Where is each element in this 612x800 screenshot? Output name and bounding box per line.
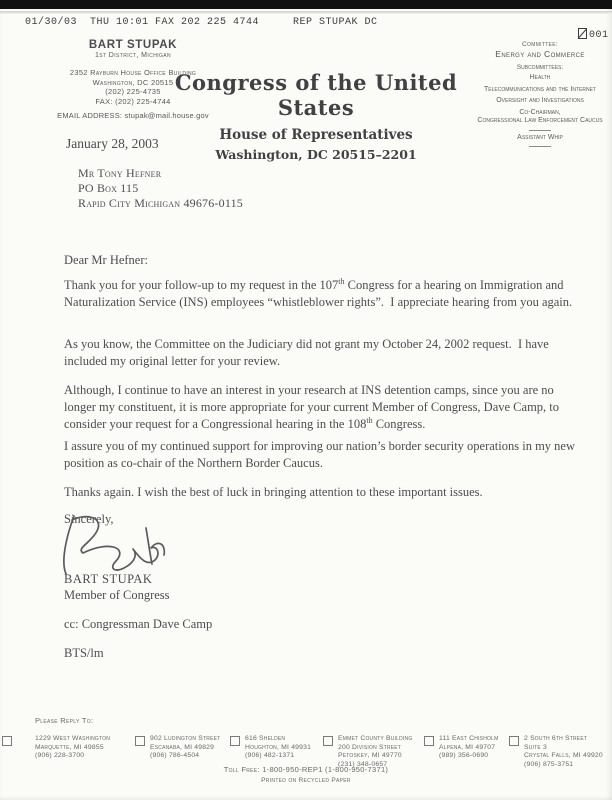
office-line: (906) 786-4504 — [150, 752, 245, 761]
fax-timestamp: 01/30/03 THU 10:01 FAX 202 225 4744 — [25, 17, 259, 28]
office-line: Petoskey, MI 49770 — [338, 752, 433, 761]
subcommittee-oversight: Oversight and Investigations — [474, 97, 606, 106]
office-line: Crystal Falls, MI 49920 — [524, 752, 612, 761]
office-line: 200 Division Street — [338, 744, 433, 753]
committee-divider — [529, 146, 551, 147]
reference-initials: BTS/lm — [64, 646, 104, 661]
letterhead-committee-block: Committee: Energy and Commerce Subcommit… — [474, 41, 606, 147]
office-line: Suite 3 — [524, 744, 612, 753]
paragraph-3-text: Although, I continue to have an interest… — [64, 383, 562, 431]
office-line: (906) 875-3751 — [524, 761, 612, 770]
letterhead-center-block: Congress of the United States House of R… — [156, 70, 476, 162]
office-line: 111 East Chisholm — [439, 735, 534, 744]
office-line: (906) 482-1371 — [245, 752, 340, 761]
paragraph-2: As you know, the Committee on the Judici… — [64, 336, 584, 370]
office-checkbox[interactable] — [135, 736, 145, 746]
cc-line: cc: Congressman Dave Camp — [64, 617, 212, 632]
office-checkbox[interactable] — [424, 736, 434, 746]
committee-name: Energy and Commerce — [474, 49, 606, 59]
paragraph-3: Although, I continue to have an interest… — [64, 382, 588, 433]
office-line: Emmet County Building — [338, 735, 433, 744]
office-line: Alpena, MI 49707 — [439, 744, 534, 753]
office-alpena: 111 East Chisholm Alpena, MI 49707 (989)… — [439, 735, 534, 761]
reply-to-label: Please Reply To: — [35, 716, 93, 725]
office-checkbox[interactable] — [509, 736, 519, 746]
recipient-city: Rapid City Michigan 49676-0115 — [78, 196, 243, 211]
office-checkbox[interactable] — [2, 736, 12, 746]
office-line: 2 South 6th Street — [524, 735, 612, 744]
washington-line: Washington, DC 20515–2201 — [156, 147, 476, 162]
recipient-pobox: PO Box 115 — [78, 181, 243, 196]
paragraph-1-text: Thank you for your follow-up to my reque… — [64, 278, 338, 292]
committee-label: Committee: — [474, 41, 606, 48]
salutation: Dear Mr Hefner: — [64, 252, 584, 269]
office-checkbox[interactable] — [323, 736, 333, 746]
member-name: BART STUPAK — [28, 39, 238, 51]
office-line: 1229 West Washington — [35, 735, 130, 744]
office-line: Marquette, MI 49855 — [35, 744, 130, 753]
paragraph-3-text: Congress. — [373, 417, 426, 431]
office-line: (906) 228-3700 — [35, 752, 130, 761]
signer-title: Member of Congress — [64, 588, 170, 603]
letter-date: January 28, 2003 — [66, 136, 159, 152]
scan-top-bar — [0, 0, 612, 9]
office-crystal-falls: 2 South 6th Street Suite 3 Crystal Falls… — [524, 735, 612, 769]
scan-top-line — [0, 11, 612, 14]
office-checkbox[interactable] — [230, 736, 240, 746]
paragraph-1: Thank you for your follow-up to my reque… — [64, 277, 584, 311]
office-petoskey: Emmet County Building 200 Division Stree… — [338, 735, 433, 769]
congress-title: Congress of the United States — [156, 70, 476, 120]
fax-page-number: 001 — [589, 30, 609, 41]
subcommittee-health: Health — [474, 74, 606, 83]
office-line: (989) 356-0690 — [439, 752, 534, 761]
office-marquette: 1229 West Washington Marquette, MI 49855… — [35, 735, 130, 761]
recycled-paper-line: Printed on Recycled Paper — [106, 777, 506, 784]
paragraph-5: Thanks again. I wish the best of luck in… — [64, 484, 584, 501]
recipient-address: Mr Tony Hefner PO Box 115 Rapid City Mic… — [78, 166, 243, 211]
assistant-whip: Assistant Whip — [474, 134, 606, 143]
scanned-letter-page: 01/30/03 THU 10:01 FAX 202 225 4744 REP … — [0, 0, 612, 800]
subcommittees-label: Subcommittees: — [474, 64, 606, 71]
committee-divider — [529, 130, 551, 131]
paragraph-4: I assure you of my continued support for… — [64, 438, 584, 472]
recipient-name: Mr Tony Hefner — [78, 166, 243, 181]
role-cochairman: Co-Chairman, — [474, 109, 606, 118]
signer-name: BART STUPAK — [64, 572, 152, 587]
tollfree-line: Toll Free: 1-800-950-REP1 (1-800-950-737… — [106, 765, 506, 774]
member-district: 1st District, Michigan — [28, 52, 238, 59]
role-caucus: Congressional Law Enforcement Caucus — [474, 117, 606, 126]
subcommittee-telecom: Telecommunications and the Internet — [474, 86, 606, 95]
house-subtitle: House of Representatives — [156, 127, 476, 143]
fax-sender: REP STUPAK DC — [293, 17, 378, 28]
